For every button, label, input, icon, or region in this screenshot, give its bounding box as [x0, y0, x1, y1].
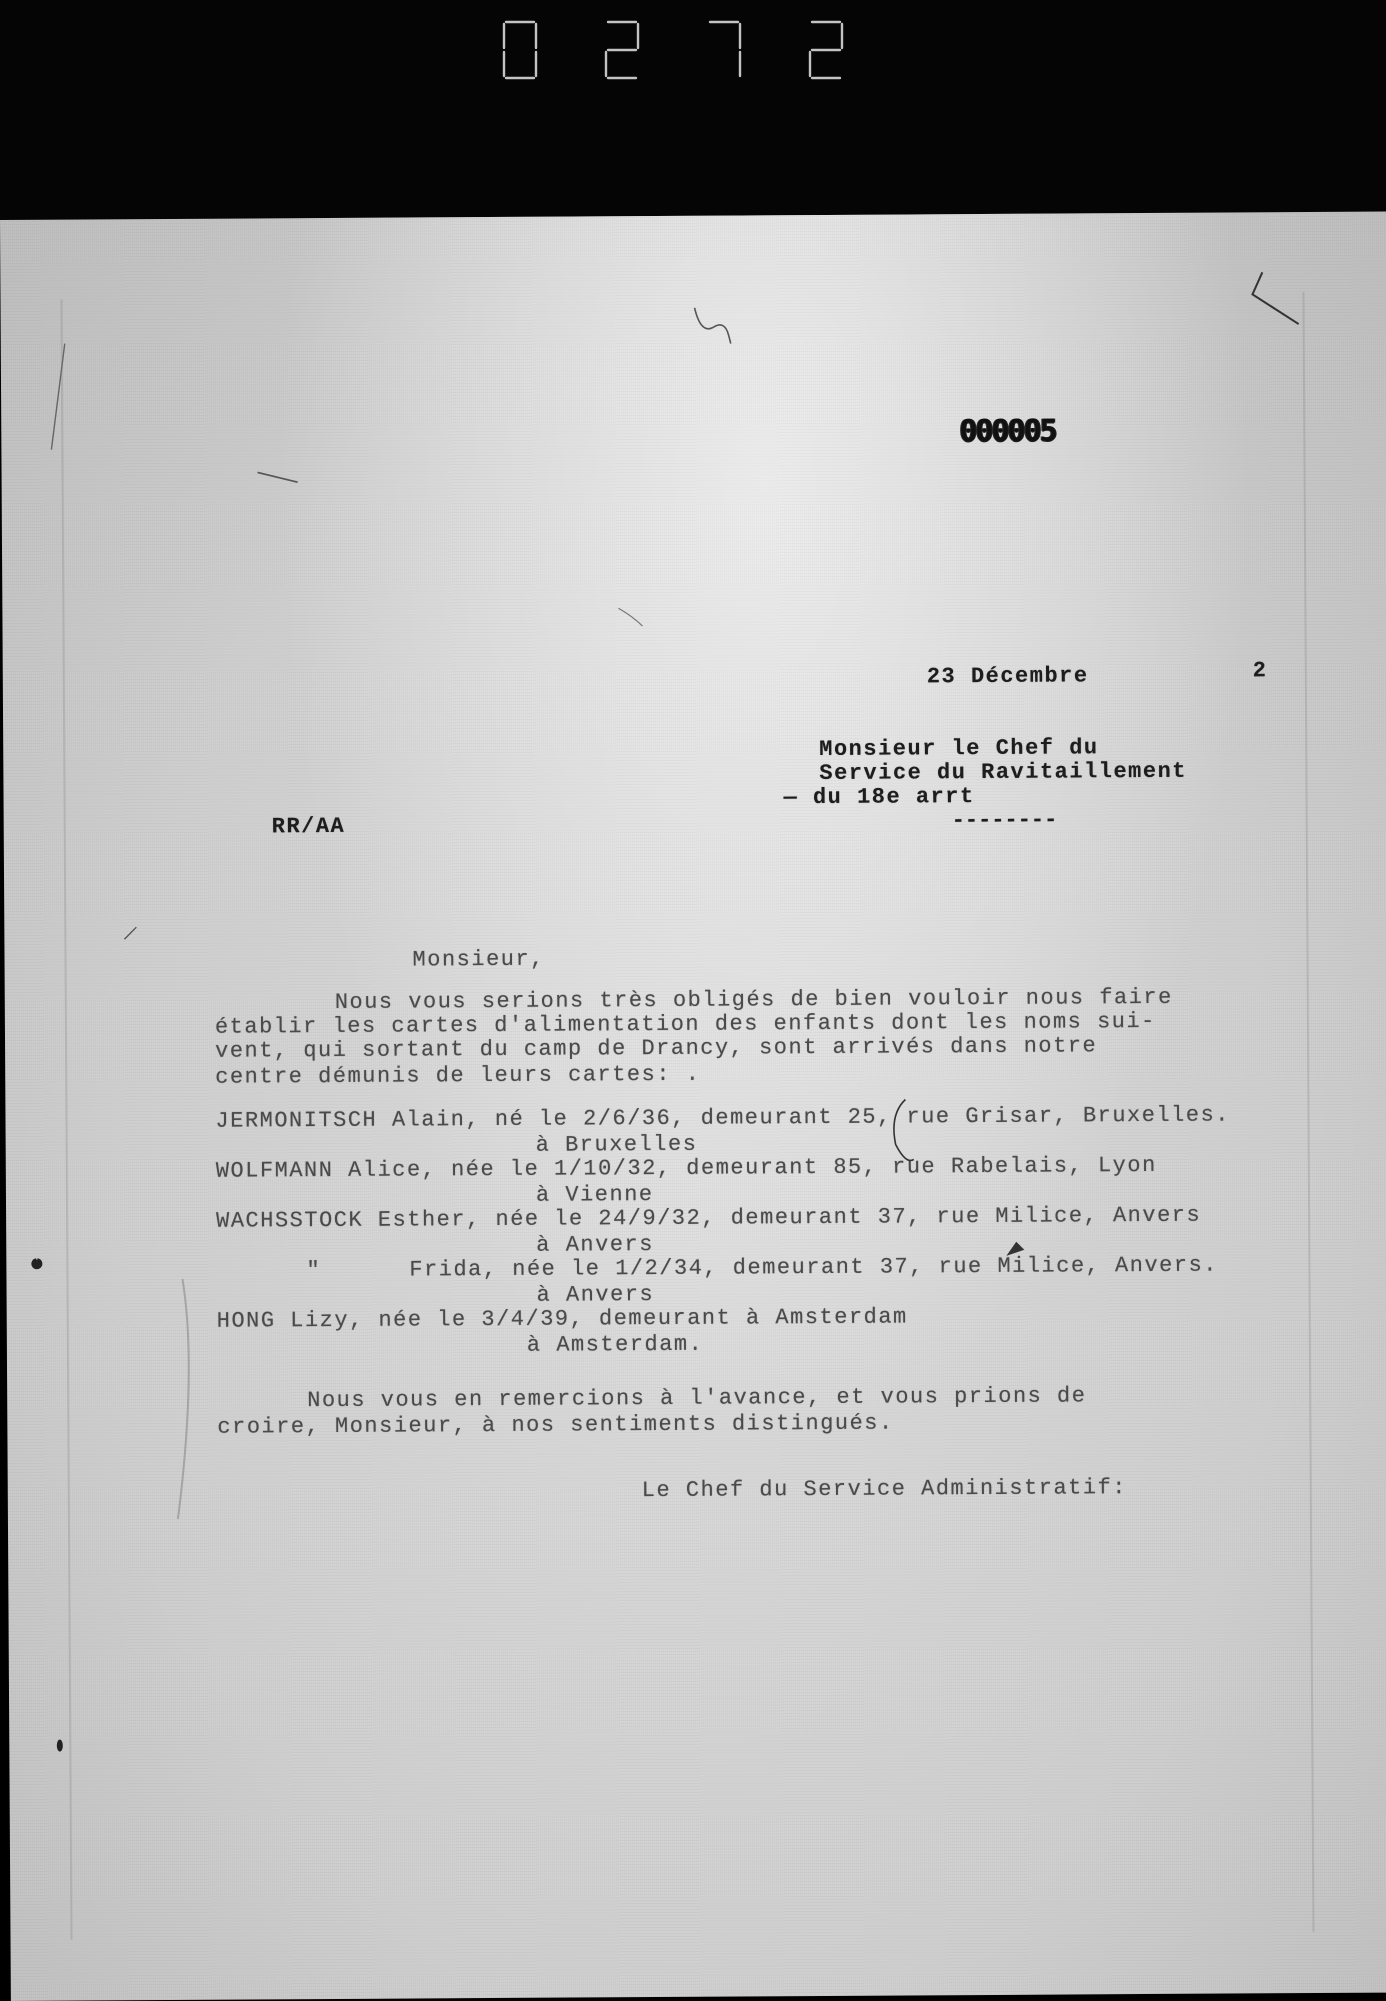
microfilm-header-strip	[0, 0, 1386, 222]
film-scratches	[0, 212, 1386, 2001]
frame-digit	[806, 18, 846, 82]
frame-digit	[602, 18, 642, 82]
frame-digit	[704, 18, 744, 82]
frame-number	[500, 18, 846, 82]
document-page: 000005 2 23 Décembre Monsieur le Chef du…	[0, 212, 1386, 2001]
frame-digit	[500, 18, 540, 82]
